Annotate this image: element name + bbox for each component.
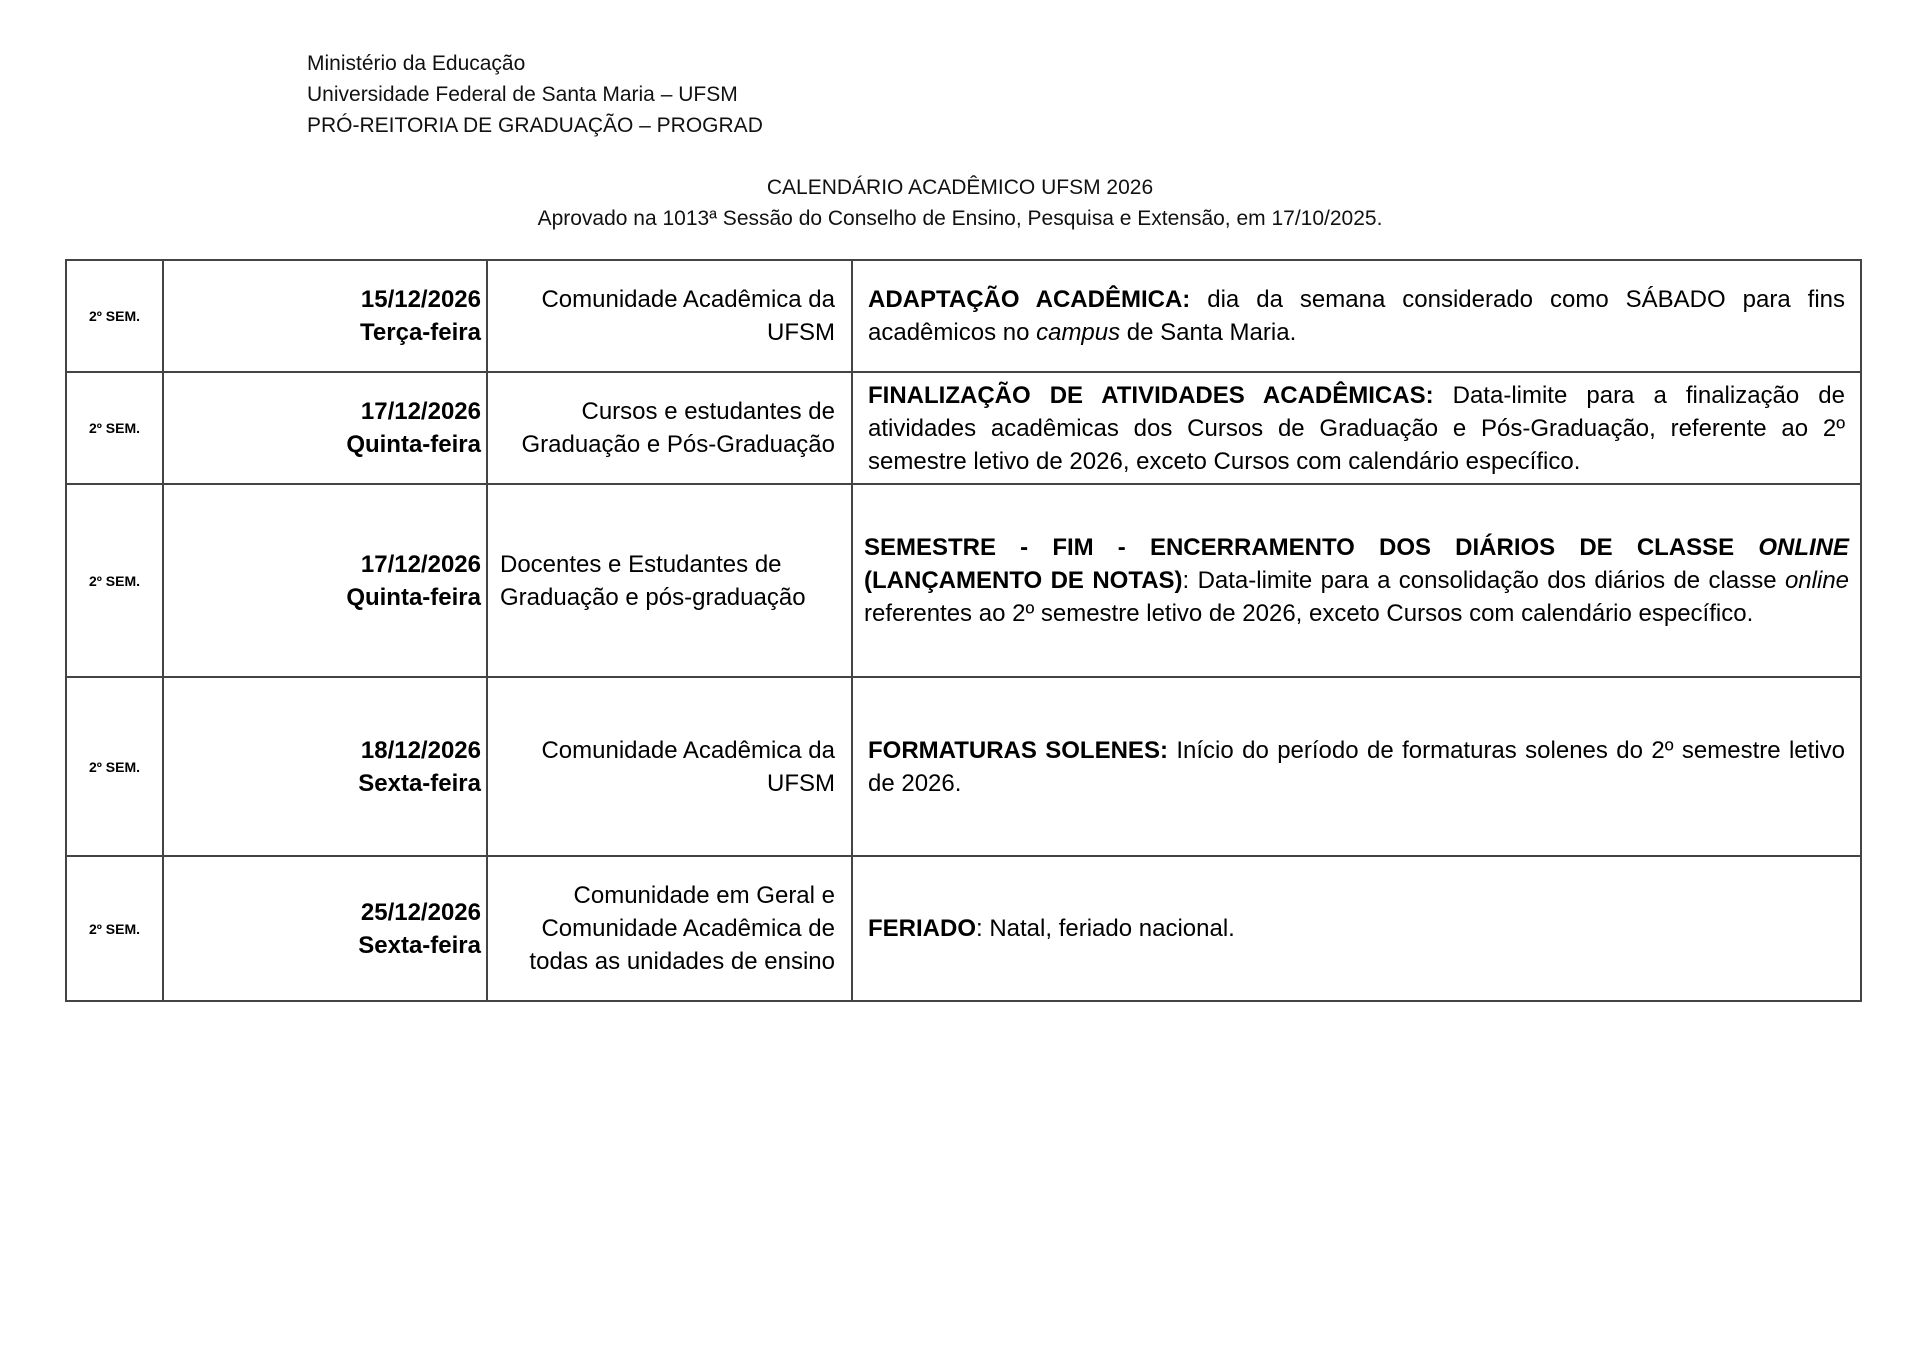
weekday: Quinta-feira xyxy=(164,428,481,461)
audience-cell: Cursos e estudantes de Graduação e Pós-G… xyxy=(487,372,852,484)
semester-cell: 2º SEM. xyxy=(66,484,163,677)
table-row: 2º SEM. 18/12/2026Sexta-feira Comunidade… xyxy=(66,677,1861,856)
event-title-text: SEMESTRE - FIM - ENCERRAMENTO DOS DIÁRIO… xyxy=(864,534,1758,561)
semester-cell: 2º SEM. xyxy=(66,856,163,1001)
institution-header: Ministério da Educação Universidade Fede… xyxy=(307,48,763,141)
event-title: FINALIZAÇÃO DE ATIVIDADES ACADÊMICAS: xyxy=(868,382,1434,409)
audience-cell: Comunidade em Geral e Comunidade Acadêmi… xyxy=(487,856,852,1001)
audience-cell: Docentes e Estudantes de Graduação e pós… xyxy=(487,484,852,677)
event-title: FERIADO xyxy=(868,915,976,942)
audience-cell: Comunidade Acadêmica da UFSM xyxy=(487,677,852,856)
table-row: 2º SEM. 25/12/2026Sexta-feira Comunidade… xyxy=(66,856,1861,1001)
semester-cell: 2º SEM. xyxy=(66,677,163,856)
date: 17/12/2026 xyxy=(164,548,481,581)
description-italic: online xyxy=(1785,567,1849,594)
date-cell: 25/12/2026Sexta-feira xyxy=(163,856,487,1001)
date: 18/12/2026 xyxy=(164,734,481,767)
date-cell: 17/12/2026Quinta-feira xyxy=(163,484,487,677)
description-cell: FINALIZAÇÃO DE ATIVIDADES ACADÊMICAS: Da… xyxy=(852,372,1861,484)
audience-cell: Comunidade Acadêmica da UFSM xyxy=(487,260,852,372)
ministry-line: Ministério da Educação xyxy=(307,48,763,79)
weekday: Sexta-feira xyxy=(164,929,481,962)
description-text: : Data-limite para a consolidação dos di… xyxy=(1183,567,1785,594)
description-text: : Natal, feriado nacional. xyxy=(976,915,1235,942)
document-subtitle: Aprovado na 1013ª Sessão do Conselho de … xyxy=(0,203,1920,234)
document-title: CALENDÁRIO ACADÊMICO UFSM 2026 xyxy=(0,172,1920,203)
description-cell: FERIADO: Natal, feriado nacional. xyxy=(852,856,1861,1001)
description-cell: SEMESTRE - FIM - ENCERRAMENTO DOS DIÁRIO… xyxy=(852,484,1861,677)
semester-cell: 2º SEM. xyxy=(66,372,163,484)
description-italic: campus xyxy=(1036,319,1120,346)
description-text-end: de Santa Maria. xyxy=(1120,319,1296,346)
university-line: Universidade Federal de Santa Maria – UF… xyxy=(307,79,763,110)
description-cell: ADAPTAÇÃO ACADÊMICA: dia da semana consi… xyxy=(852,260,1861,372)
event-title: ADAPTAÇÃO ACADÊMICA: xyxy=(868,286,1190,313)
date: 17/12/2026 xyxy=(164,395,481,428)
date-cell: 17/12/2026Quinta-feira xyxy=(163,372,487,484)
semester-cell: 2º SEM. xyxy=(66,260,163,372)
calendar-table: 2º SEM. 15/12/2026Terça-feira Comunidade… xyxy=(65,259,1862,1002)
weekday: Terça-feira xyxy=(164,316,481,349)
date-cell: 18/12/2026Sexta-feira xyxy=(163,677,487,856)
event-title-text-end: (LANÇAMENTO DE NOTAS) xyxy=(864,567,1183,594)
table-row: 2º SEM. 17/12/2026Quinta-feira Docentes … xyxy=(66,484,1861,677)
description-cell: FORMATURAS SOLENES: Início do período de… xyxy=(852,677,1861,856)
weekday: Quinta-feira xyxy=(164,581,481,614)
table-row: 2º SEM. 17/12/2026Quinta-feira Cursos e … xyxy=(66,372,1861,484)
date: 15/12/2026 xyxy=(164,283,481,316)
event-title-italic: ONLINE xyxy=(1758,534,1849,561)
weekday: Sexta-feira xyxy=(164,767,481,800)
event-title: FORMATURAS SOLENES: xyxy=(868,737,1168,764)
department-line: PRÓ-REITORIA DE GRADUAÇÃO – PROGRAD xyxy=(307,110,763,141)
table-row: 2º SEM. 15/12/2026Terça-feira Comunidade… xyxy=(66,260,1861,372)
document-title-block: CALENDÁRIO ACADÊMICO UFSM 2026 Aprovado … xyxy=(0,172,1920,234)
date-cell: 15/12/2026Terça-feira xyxy=(163,260,487,372)
date: 25/12/2026 xyxy=(164,896,481,929)
description-text-end: referentes ao 2º semestre letivo de 2026… xyxy=(864,600,1753,627)
